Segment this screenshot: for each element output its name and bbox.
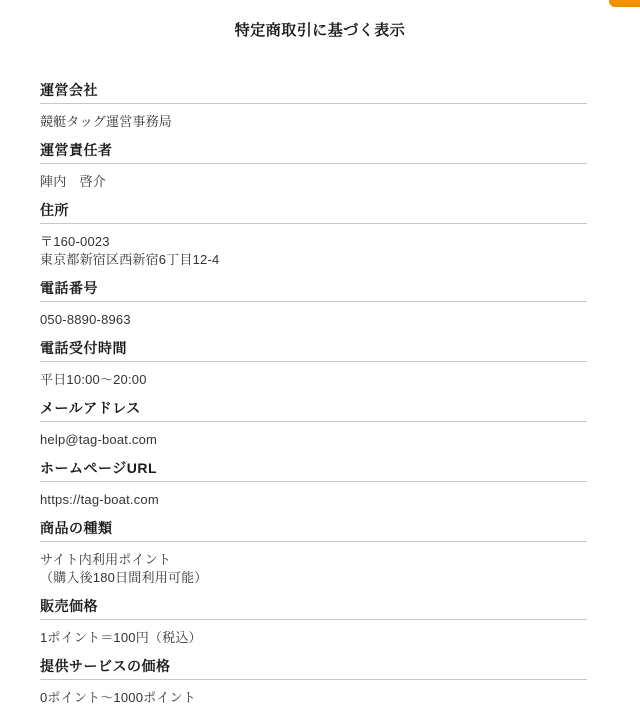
section-value-line: 平日10:00〜20:00 [40, 371, 587, 389]
section-value-line: 〒160-0023 [40, 233, 587, 251]
section-value-line: help@tag-boat.com [40, 431, 587, 449]
disclosure-section: 住所 〒160-0023東京都新宿区西新宿6丁目12-4 [40, 201, 587, 269]
disclosure-section: 運営会社 競艇タッグ運営事務局 [40, 81, 587, 131]
disclosure-section: メールアドレス help@tag-boat.com [40, 399, 587, 449]
section-value-line: （購入後180日間利用可能） [40, 569, 587, 587]
page-title: 特定商取引に基づく表示 [0, 22, 640, 40]
section-value: 陣内 啓介 [40, 164, 587, 191]
section-value-line: 050-8890-8963 [40, 311, 587, 329]
section-label: 販売価格 [40, 597, 587, 620]
section-label: 商品の種類 [40, 519, 587, 542]
legal-disclosure-page: 特定商取引に基づく表示 運営会社 競艇タッグ運営事務局 運営責任者 陣内 啓介 … [0, 0, 640, 715]
section-value-line: 1ポイント＝100円（税込） [40, 629, 587, 647]
section-label: 提供サービスの価格 [40, 657, 587, 680]
section-value: 1ポイント＝100円（税込） [40, 620, 587, 647]
disclosure-section: 提供サービスの価格 0ポイント〜1000ポイント [40, 657, 587, 707]
section-value-line: 東京都新宿区西新宿6丁目12-4 [40, 251, 587, 269]
section-value-line: https://tag-boat.com [40, 491, 587, 509]
section-label: 運営責任者 [40, 141, 587, 164]
section-value: 〒160-0023東京都新宿区西新宿6丁目12-4 [40, 224, 587, 269]
section-value-line: 0ポイント〜1000ポイント [40, 689, 587, 707]
section-value: 050-8890-8963 [40, 302, 587, 329]
sections-list: 運営会社 競艇タッグ運営事務局 運営責任者 陣内 啓介 住所 〒160-0023… [40, 81, 587, 707]
section-value: サイト内利用ポイント（購入後180日間利用可能） [40, 542, 587, 587]
disclosure-section: 電話番号 050-8890-8963 [40, 279, 587, 329]
disclosure-section: 電話受付時間 平日10:00〜20:00 [40, 339, 587, 389]
section-value: https://tag-boat.com [40, 482, 587, 509]
section-value: help@tag-boat.com [40, 422, 587, 449]
section-label: 運営会社 [40, 81, 587, 104]
section-value: 0ポイント〜1000ポイント [40, 680, 587, 707]
section-value-line: サイト内利用ポイント [40, 551, 587, 569]
section-value: 競艇タッグ運営事務局 [40, 104, 587, 131]
disclosure-section: ホームページURL https://tag-boat.com [40, 459, 587, 509]
section-label: メールアドレス [40, 399, 587, 422]
section-value-line: 競艇タッグ運営事務局 [40, 113, 587, 131]
disclosure-section: 販売価格 1ポイント＝100円（税込） [40, 597, 587, 647]
section-label: 電話番号 [40, 279, 587, 302]
section-value: 平日10:00〜20:00 [40, 362, 587, 389]
disclosure-section: 運営責任者 陣内 啓介 [40, 141, 587, 191]
section-label: 電話受付時間 [40, 339, 587, 362]
section-label: ホームページURL [40, 459, 587, 482]
disclosure-section: 商品の種類 サイト内利用ポイント（購入後180日間利用可能） [40, 519, 587, 587]
section-label: 住所 [40, 201, 587, 224]
section-value-line: 陣内 啓介 [40, 173, 587, 191]
floating-action-button[interactable] [609, 0, 640, 7]
